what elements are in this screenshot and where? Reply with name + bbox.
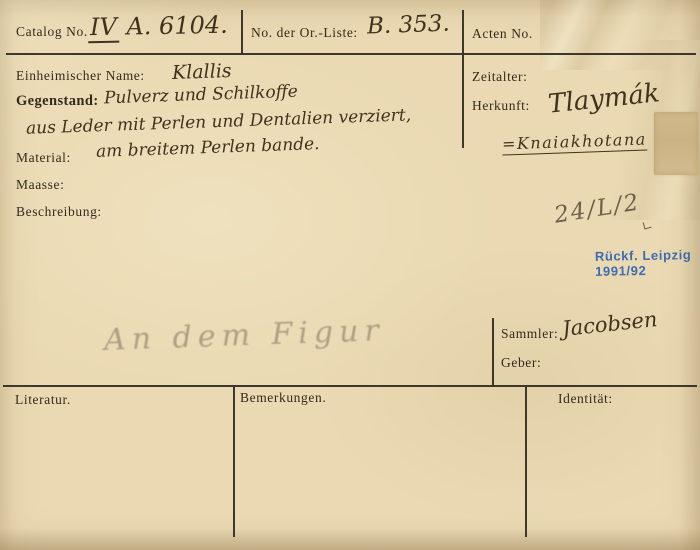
header-column-divider-1 (241, 10, 243, 54)
rueckfuehrung-stamp: Rückf. Leipzig 1991/92 (595, 247, 692, 279)
herkunft-value: Tlaymák (547, 78, 661, 120)
geber-label: Geber: (501, 355, 541, 371)
pencil-check-mark: ∟ (640, 218, 654, 235)
tape-patch (654, 112, 698, 175)
gegenstand-handwriting-line1: Pulverz und Schilkoffe (104, 82, 298, 109)
einheimischer-name-label: Einheimischer Name: (16, 68, 145, 84)
footer-divider-line (3, 385, 697, 387)
gegenstand-handwriting-line2: aus Leder mit Perlen und Dentalien verzi… (26, 105, 412, 138)
bemerkungen-label: Bemerkungen. (240, 390, 326, 406)
gegenstand-handwriting-line3: am breitem Perlen bande. (96, 134, 320, 162)
sammler-box-divider (492, 318, 494, 386)
herkunft-value-2: =Knaiakhotana (502, 129, 647, 155)
sammler-value: Jacobsen (561, 307, 659, 341)
literatur-label: Literatur. (15, 392, 71, 408)
header-column-divider-2 (462, 10, 464, 54)
gegenstand-label: Gegenstand: (16, 93, 99, 110)
orliste-value: B. 353. (367, 11, 451, 40)
catalog-no-value: IV A. 6104. (88, 11, 228, 41)
acten-no-label: Acten No. (472, 26, 533, 42)
maasse-label: Maasse: (16, 177, 64, 193)
einheimischer-name-value: Klallis (172, 60, 232, 84)
catalog-no-label: Catalog No. (16, 24, 88, 40)
right-column-divider (462, 55, 464, 148)
stamp-line-1: Rückf. Leipzig (595, 247, 692, 264)
identitaet-label: Identität: (558, 391, 613, 407)
material-label: Material: (16, 150, 71, 166)
catalog-no-roman-numeral: IV (88, 13, 119, 44)
pencil-accession-number: 24/L/2 (552, 189, 642, 228)
beschreibung-label: Beschreibung: (16, 204, 102, 220)
header-divider-line (6, 53, 696, 55)
zeitalter-label: Zeitalter: (472, 69, 527, 85)
pencil-note: An dem Figur (103, 313, 385, 358)
footer-column-divider-2 (525, 387, 527, 537)
footer-column-divider-1 (233, 387, 235, 537)
sammler-label: Sammler: (501, 326, 558, 342)
catalog-card: Catalog No. IV A. 6104. No. der Or.-List… (0, 0, 700, 550)
paper-wrinkle (540, 0, 700, 70)
herkunft-label: Herkunft: (472, 98, 530, 114)
orliste-label: No. der Or.-Liste: (251, 25, 358, 41)
catalog-no-number: A. 6104. (119, 11, 228, 41)
stamp-line-2: 1991/92 (595, 262, 692, 279)
